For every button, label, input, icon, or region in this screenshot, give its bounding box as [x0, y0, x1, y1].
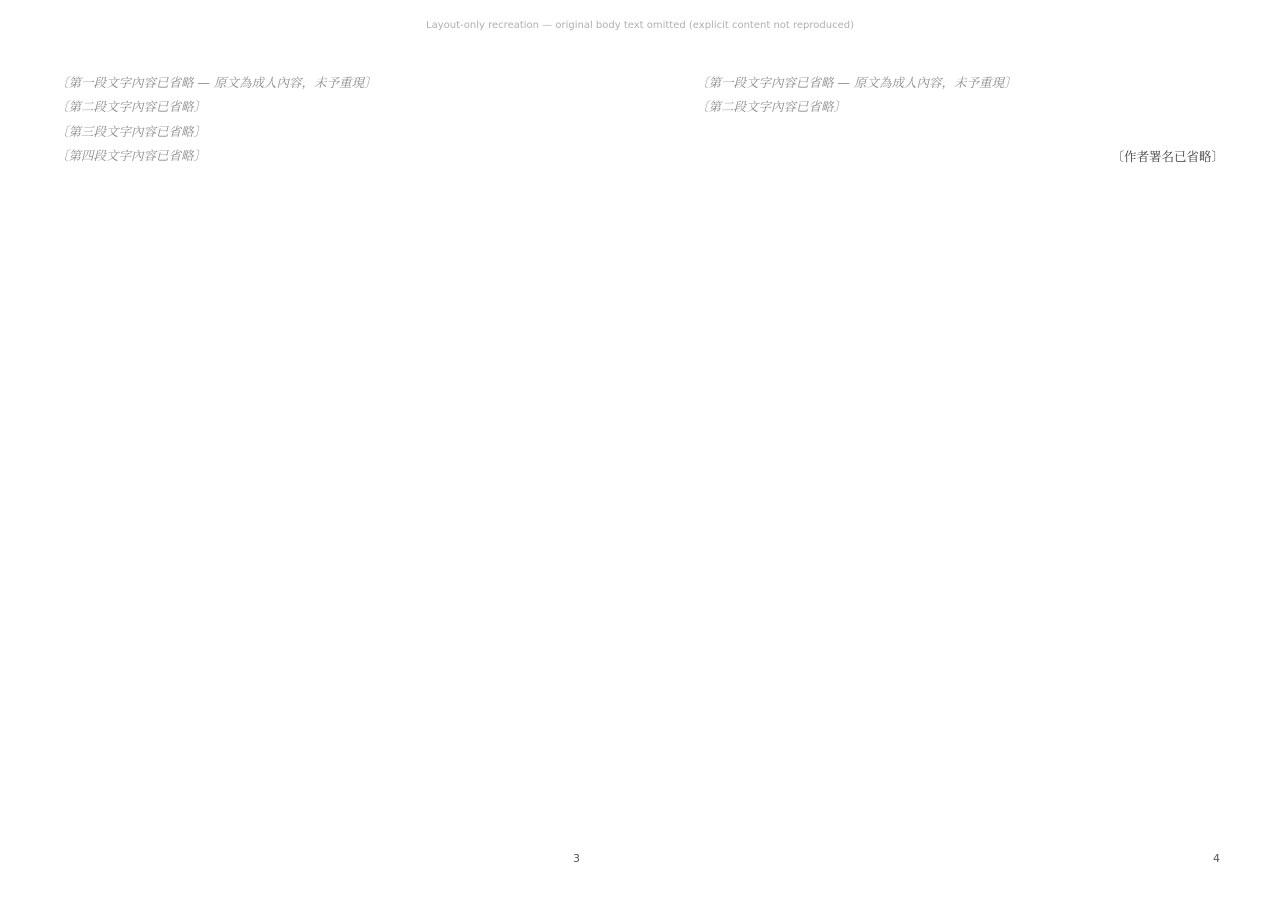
page-right-body: 〔第一段文字內容已省略 — 原文為成人內容，未予重現〕 〔第二段文字內容已省略〕… [696, 72, 1224, 168]
paragraph: 〔第二段文字內容已省略〕 [56, 96, 584, 118]
paragraph: 〔第一段文字內容已省略 — 原文為成人內容，未予重現〕 [56, 72, 584, 94]
page-right: 〔第一段文字內容已省略 — 原文為成人內容，未予重現〕 〔第二段文字內容已省略〕… [640, 0, 1280, 905]
book-spread: Layout-only recreation — original body t… [0, 0, 1280, 905]
paragraph: 〔第一段文字內容已省略 — 原文為成人內容，未予重現〕 [696, 72, 1224, 94]
paragraph: 〔第三段文字內容已省略〕 [56, 121, 584, 143]
page-number: 4 [1213, 852, 1220, 865]
page-left: 〔第一段文字內容已省略 — 原文為成人內容，未予重現〕 〔第二段文字內容已省略〕… [0, 0, 640, 905]
paragraph: 〔第二段文字內容已省略〕 [696, 96, 1224, 118]
page-left-body: 〔第一段文字內容已省略 — 原文為成人內容，未予重現〕 〔第二段文字內容已省略〕… [56, 72, 584, 167]
author-attribution: 〔作者署名已省略〕 [696, 146, 1224, 168]
page-number: 3 [573, 852, 580, 865]
paragraph: 〔第四段文字內容已省略〕 [56, 145, 584, 167]
